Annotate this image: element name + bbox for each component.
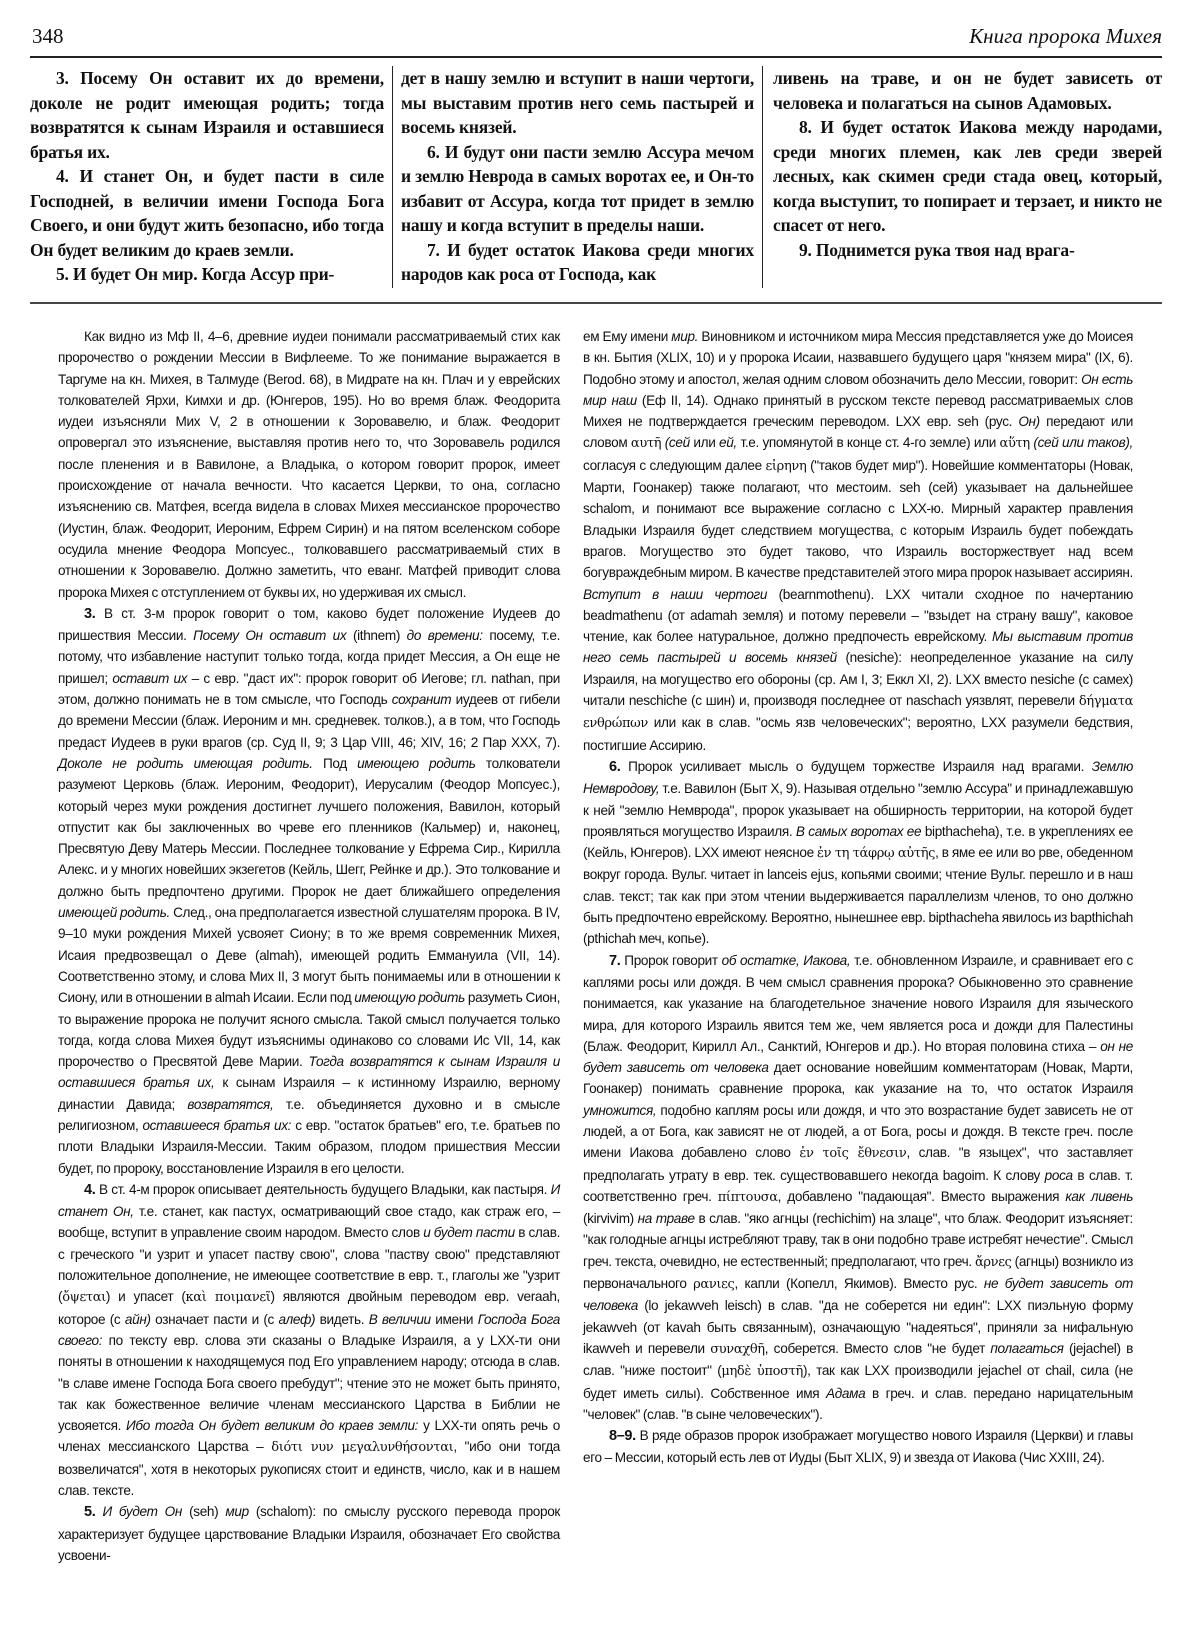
page-number: 348: [32, 24, 64, 49]
page-header: 348 Книга пророка Михея: [30, 18, 1162, 58]
scripture-text: 3. Посему Он оставит их до времени, доко…: [30, 66, 1162, 288]
section-divider: [30, 302, 1162, 304]
scripture-column-2: дет в нашу землю и вступит в наши чертог…: [392, 66, 762, 288]
scripture-column-3: ливень на траве, и он не будет зависеть …: [762, 66, 1162, 288]
commentary-verse-5-continued: ем Ему имени мир. Виновником и источнико…: [583, 326, 1133, 756]
verse-5-continued: дет в нашу землю и вступит в наши чертог…: [401, 66, 754, 140]
commentary-intro: Как видно из Мф II, 4–6, древние иудеи п…: [58, 326, 560, 603]
running-title: Книга пророка Михея: [969, 24, 1162, 49]
verse-9: 9. Поднимется рука твоя над врага-: [773, 238, 1162, 263]
commentary-verse-3: 3. В ст. 3-м пророк говорит о том, каков…: [58, 603, 560, 1179]
header-divider: [30, 56, 1162, 58]
verse-3: 3. Посему Он оставит их до времени, доко…: [30, 66, 384, 164]
commentary-verse-5: 5. И будет Он (seh) мир (schalom): по см…: [58, 1501, 560, 1566]
verse-8: 8. И будет остаток Иакова между народами…: [773, 115, 1162, 238]
verse-4: 4. И станет Он, и будет пасти в силе Гос…: [30, 164, 384, 262]
commentary-verse-6: 6. Пророк усиливает мысль о будущем торж…: [583, 756, 1133, 950]
commentary-column-right: ем Ему имени мир. Виновником и источнико…: [583, 326, 1133, 1469]
verse-5: 5. И будет Он мир. Когда Ассур при-: [30, 262, 384, 287]
verse-7-continued: ливень на траве, и он не будет зависеть …: [773, 66, 1162, 115]
verse-7: 7. И будет остаток Иакова среди многих н…: [401, 238, 754, 287]
verse-6: 6. И будут они пасти землю Ассура мечом …: [401, 140, 754, 238]
commentary-column-left: Как видно из Мф II, 4–6, древние иудеи п…: [58, 326, 560, 1566]
commentary-verses-8-9: 8–9. В ряде образов пророк изображает мо…: [583, 1425, 1133, 1469]
commentary-verse-7: 7. Пророк говорит об остатке, Иакова, т.…: [583, 950, 1133, 1426]
commentary-verse-4: 4. В ст. 4-м пророк описывает деятельнос…: [58, 1179, 560, 1501]
scripture-column-1: 3. Посему Он оставит их до времени, доко…: [30, 66, 392, 288]
